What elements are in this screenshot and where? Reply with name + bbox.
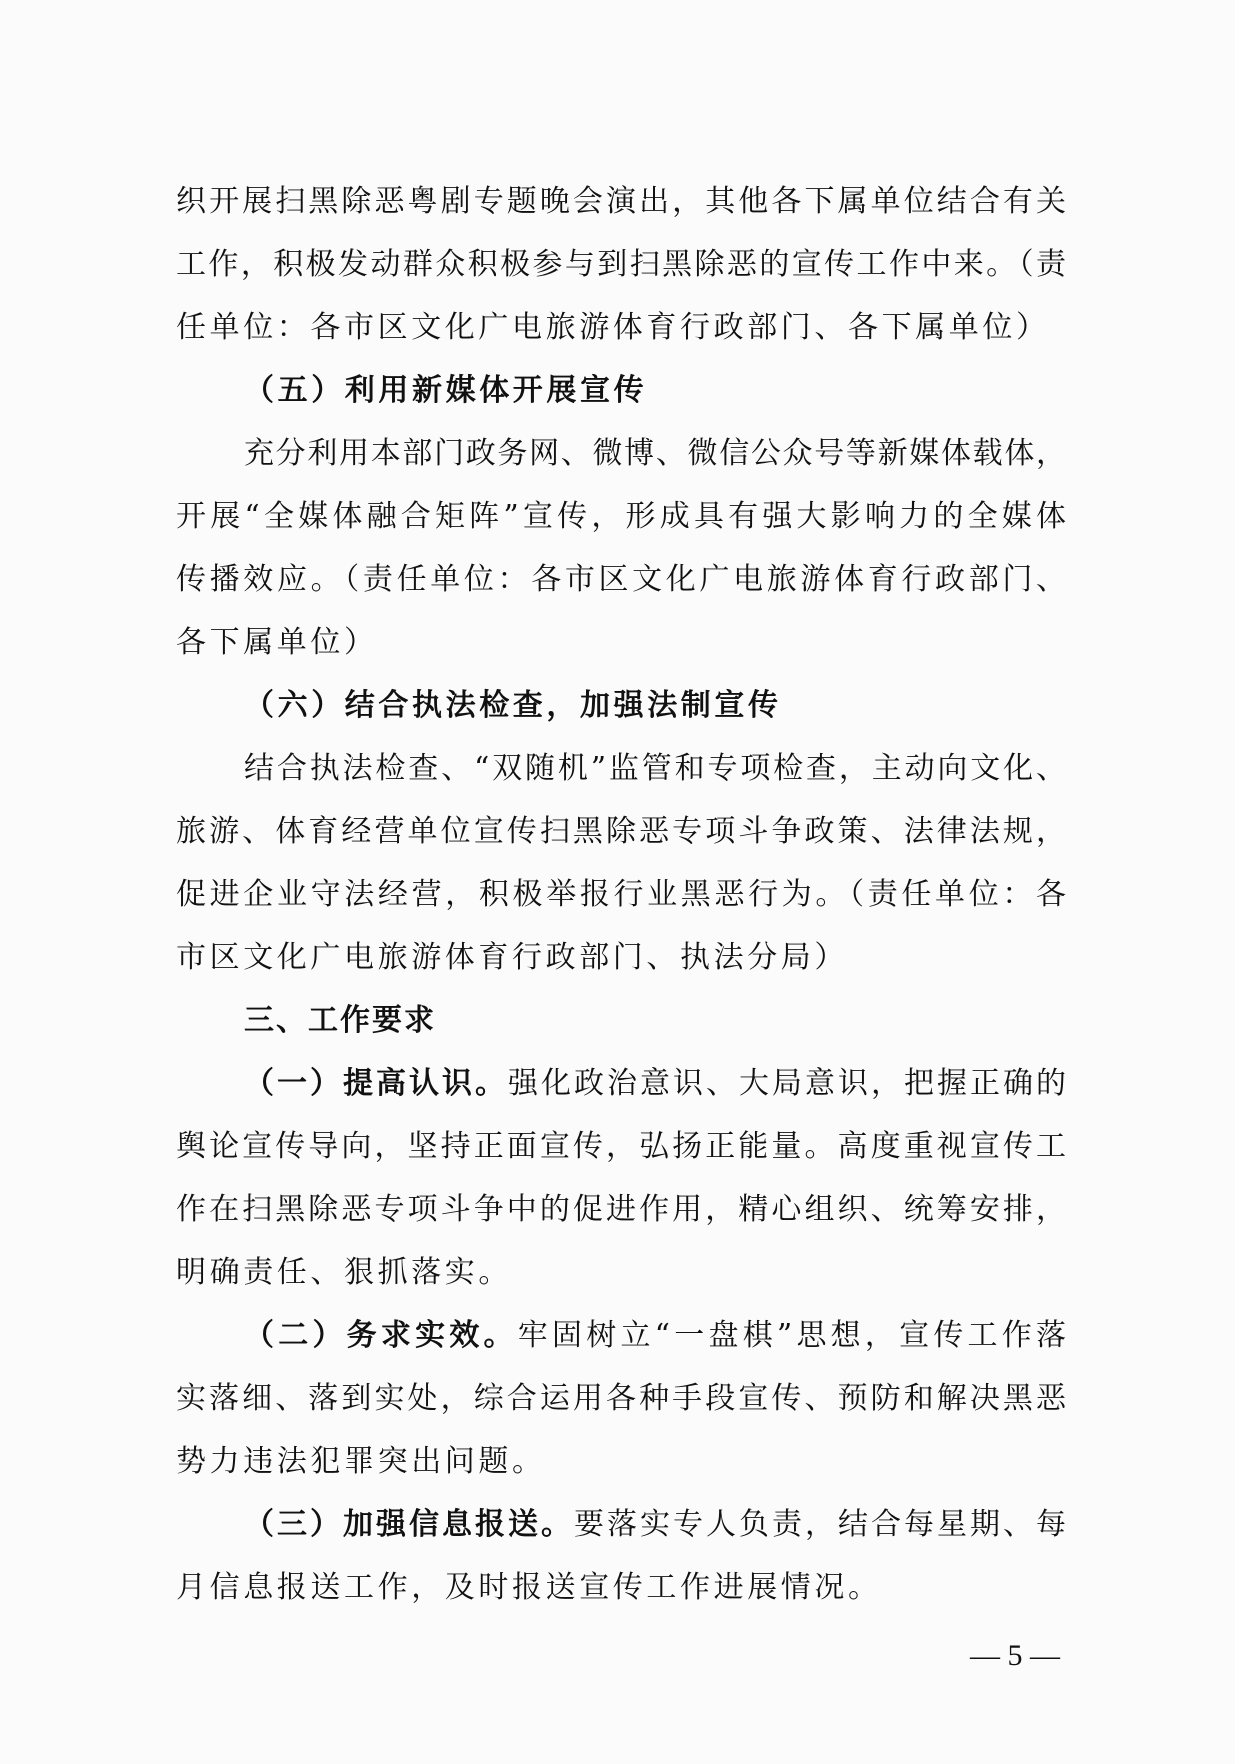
body-text-line: 舆论宣传导向，坚持正面宣传，弘扬正能量。高度重视宣传工 — [176, 1127, 1066, 1167]
requirement-3-title: （三）加强信息报送。 — [244, 1507, 574, 1542]
body-text-line: 明确责任、狠抓落实。 — [176, 1253, 1066, 1293]
chapter-heading-work-requirements: 三、工作要求 — [244, 1001, 1066, 1041]
body-text-line: 传播效应。（责任单位：各市区文化广电旅游体育行政部门、 — [176, 560, 1066, 600]
body-text-line: 旅游、体育经营单位宣传扫黑除恶专项斗争政策、法律法规， — [176, 812, 1066, 852]
body-text-line: 势力违法犯罪突出问题。 — [176, 1442, 1066, 1482]
body-text-line: 织开展扫黑除恶粤剧专题晚会演出，其他各下属单位结合有关 — [176, 182, 1066, 222]
requirement-2-line: （二）务求实效。牢固树立“一盘棋”思想，宣传工作落 — [244, 1316, 1066, 1356]
body-text-line: 作在扫黑除恶专项斗争中的促进作用，精心组织、统筹安排， — [176, 1190, 1066, 1230]
body-text-line: 开展“全媒体融合矩阵”宣传，形成具有强大影响力的全媒体 — [176, 497, 1066, 537]
section-heading-5: （五）利用新媒体开展宣传 — [244, 371, 1066, 411]
body-text-line: 实落细、落到实处，综合运用各种手段宣传、预防和解决黑恶 — [176, 1379, 1066, 1419]
body-text-line: 月信息报送工作，及时报送宣传工作进展情况。 — [176, 1568, 1066, 1608]
requirement-3-line: （三）加强信息报送。要落实专人负责，结合每星期、每 — [244, 1505, 1066, 1545]
section-heading-6: （六）结合执法检查，加强法制宣传 — [244, 686, 1066, 726]
requirement-2-title: （二）务求实效。 — [244, 1318, 518, 1353]
page-number: — 5 — — [962, 1636, 1068, 1676]
requirement-2-text: 牢固树立“一盘棋”思想，宣传工作落 — [518, 1318, 1066, 1353]
body-text-line: 结合执法检查、“双随机”监管和专项检查，主动向文化、 — [244, 749, 1066, 789]
body-text-line: 市区文化广电旅游体育行政部门、执法分局） — [176, 938, 1066, 978]
document-page: 织开展扫黑除恶粤剧专题晚会演出，其他各下属单位结合有关 工作，积极发动群众积极参… — [0, 0, 1235, 1764]
requirement-1-title: （一）提高认识。 — [244, 1066, 508, 1101]
body-text-line: 各下属单位） — [176, 623, 1066, 663]
body-text-line: 促进企业守法经营，积极举报行业黑恶行为。（责任单位：各 — [176, 875, 1066, 915]
body-text-line: 工作，积极发动群众积极参与到扫黑除恶的宣传工作中来。（责 — [176, 245, 1066, 285]
requirement-3-text: 要落实专人负责，结合每星期、每 — [574, 1507, 1066, 1542]
requirement-1-line: （一）提高认识。强化政治意识、大局意识，把握正确的 — [244, 1064, 1066, 1104]
body-text-line: 任单位：各市区文化广电旅游体育行政部门、各下属单位） — [176, 308, 1066, 348]
requirement-1-text: 强化政治意识、大局意识，把握正确的 — [508, 1066, 1066, 1101]
body-text-line: 充分利用本部门政务网、微博、微信公众号等新媒体载体， — [244, 434, 1066, 474]
